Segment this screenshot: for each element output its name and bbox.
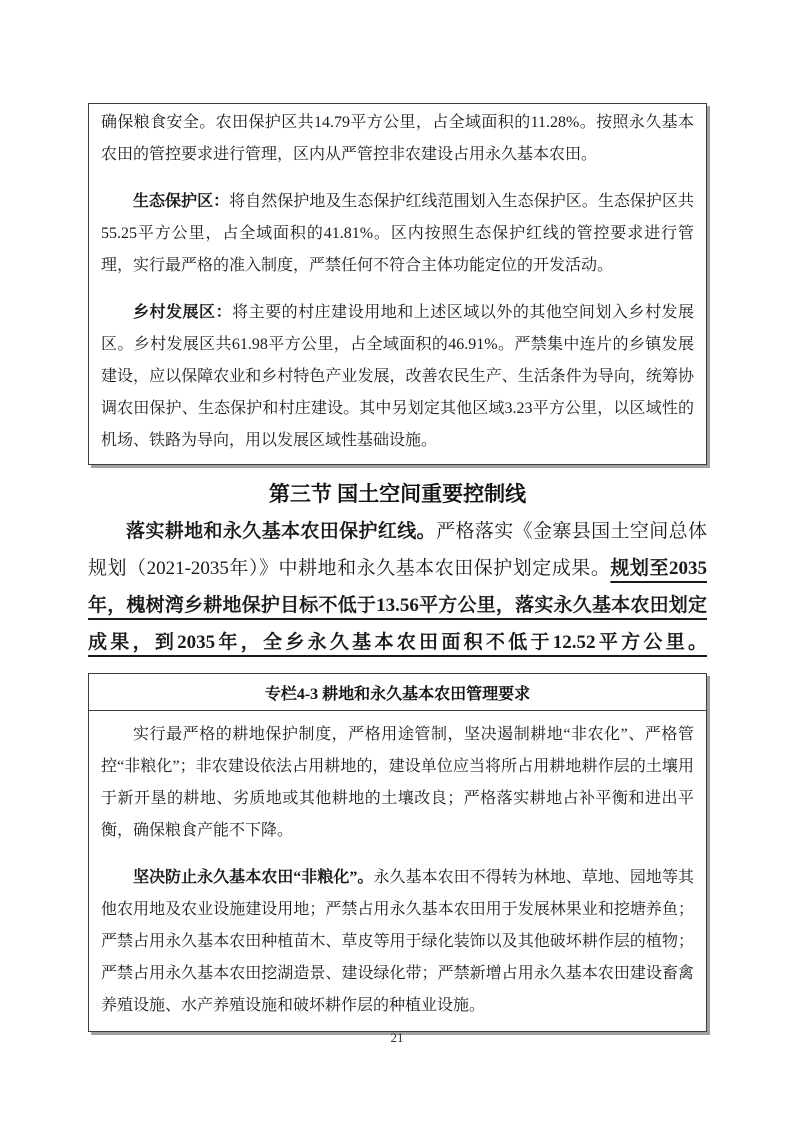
- section-paragraph: 落实耕地和永久基本农田保护红线。严格落实《金寨县国土空间总体规划（2021-20…: [88, 513, 707, 661]
- section-paragraph-lead: 落实耕地和永久基本农田保护红线。: [126, 521, 436, 542]
- column-para-protection-text: 实行最严格的耕地保护制度，严格用途管制，坚决遏制耕地“非农化”、严格管控“非粮化…: [101, 726, 694, 839]
- zoning-box: 确保粮食安全。农田保护区共14.79平方公里，占全域面积的11.28%。按照永久…: [88, 103, 707, 465]
- column-para-prevention: 坚决防止永久基本农田“非粮化”。永久基本农田不得转为林地、草地、园地等其他农用地…: [101, 862, 694, 1022]
- section-heading: 第三节 国土空间重要控制线: [88, 478, 707, 510]
- zoning-para-ecological-lead: 生态保护区：: [133, 193, 229, 210]
- column-para-prevention-lead: 坚决防止永久基本农田“非粮化”。: [133, 869, 373, 886]
- column-box-body: 实行最严格的耕地保护制度，严格用途管制，坚决遏制耕地“非农化”、严格管控“非粮化…: [89, 711, 706, 1031]
- document-page: 确保粮食安全。农田保护区共14.79平方公里，占全域面积的11.28%。按照永久…: [0, 0, 794, 1122]
- column-box-title: 专栏4-3 耕地和永久基本农田管理要求: [89, 674, 706, 711]
- zoning-para-rural-lead: 乡村发展区：: [133, 304, 232, 321]
- page-number: 21: [0, 1030, 794, 1046]
- zoning-para-ecological: 生态保护区：将自然保护地及生态保护红线范围划入生态保护区。生态保护区共55.25…: [101, 186, 694, 282]
- zoning-para-rural-text: 将主要的村庄建设用地和上述区域以外的其他空间划入乡村发展区。乡村发展区共61.9…: [101, 304, 694, 449]
- zoning-para-farmland-text: 确保粮食安全。农田保护区共14.79平方公里，占全域面积的11.28%。按照永久…: [101, 114, 694, 163]
- zoning-para-rural: 乡村发展区：将主要的村庄建设用地和上述区域以外的其他空间划入乡村发展区。乡村发展…: [101, 297, 694, 457]
- column-box: 专栏4-3 耕地和永久基本农田管理要求 实行最严格的耕地保护制度，严格用途管制，…: [88, 673, 707, 1032]
- zoning-para-farmland: 确保粮食安全。农田保护区共14.79平方公里，占全域面积的11.28%。按照永久…: [101, 107, 694, 171]
- column-para-protection: 实行最严格的耕地保护制度，严格用途管制，坚决遏制耕地“非农化”、严格管控“非粮化…: [101, 719, 694, 847]
- column-para-prevention-text: 永久基本农田不得转为林地、草地、园地等其他农用地及农业设施建设用地；严禁占用永久…: [101, 869, 694, 1014]
